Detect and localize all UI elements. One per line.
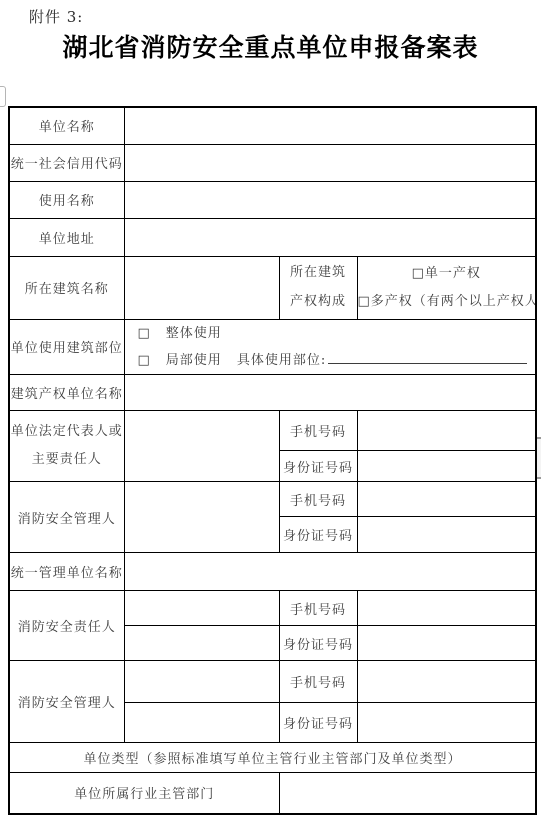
ownership-header-line1: 所在建筑 (280, 259, 357, 288)
legal-rep-id-input[interactable] (357, 451, 536, 482)
ownership-option-multi: □多产权（有两个以上产权人） (358, 288, 536, 316)
safety-responsible-phone-label: 手机号码 (279, 591, 357, 626)
row-usage-name: 使用名称 (9, 181, 536, 218)
safety-responsible-label: 消防安全责任人 (9, 591, 124, 661)
building-use-label: 单位使用建筑部位 (9, 319, 124, 375)
document-page: 附件 3: 湖北省消防安全重点单位申报备案表 单位名称 统一社会信用代码 使用名… (0, 0, 541, 818)
legal-rep-label: 单位法定代表人或 主要责任人 (9, 411, 124, 482)
legal-rep-name-input[interactable] (124, 411, 279, 482)
form-table: 单位名称 统一社会信用代码 使用名称 单位地址 所在建筑名称 所在建筑 产权构成… (8, 106, 537, 815)
owner-unit-name-input[interactable] (124, 375, 536, 411)
industry-dept-label: 单位所属行业主管部门 (9, 773, 279, 814)
safety-responsible-name-input[interactable] (124, 591, 279, 626)
safety-responsible-id-label: 身份证号码 (279, 626, 357, 661)
unit-address-input[interactable] (124, 218, 536, 256)
checkbox-multi-ownership-icon[interactable]: □ (358, 294, 371, 309)
ownership-single-label: 单一产权 (425, 266, 481, 281)
legal-rep-label-line1: 单位法定代表人或 (10, 418, 124, 447)
checkbox-partial-use-icon[interactable]: □ (138, 347, 151, 374)
credit-code-input[interactable] (124, 144, 536, 181)
fill-in-line[interactable] (328, 348, 527, 364)
checkbox-whole-use-icon[interactable]: □ (138, 320, 151, 347)
row-building-name: 所在建筑名称 所在建筑 产权构成 □单一产权 □多产权（有两个以上产权人） (9, 256, 536, 319)
legal-rep-label-line2: 主要责任人 (10, 446, 124, 475)
ownership-multi-label: 多产权（有两个以上产权人） (371, 294, 536, 309)
margin-marker (0, 86, 6, 107)
use-whole-label: 整体使用 (166, 320, 222, 347)
unit-type-note: 单位类型（参照标准填写单位主管行业主管部门及单位类型） (9, 743, 536, 773)
safety-responsible-id-input[interactable] (357, 626, 536, 661)
row-safety-manager2-phone: 消防安全管理人 手机号码 (9, 661, 536, 703)
attachment-label: 附件 3: (29, 6, 83, 27)
row-safety-manager-phone: 消防安全管理人 手机号码 (9, 482, 536, 517)
checkbox-single-ownership-icon[interactable]: □ (412, 266, 425, 281)
legal-rep-id-label: 身份证号码 (279, 451, 357, 482)
unit-name-input[interactable] (124, 107, 536, 144)
safety-manager-phone-input[interactable] (357, 482, 536, 517)
safety-manager2-name-input2[interactable] (124, 703, 279, 743)
unit-name-label: 单位名称 (9, 107, 124, 144)
row-safety-responsible-phone: 消防安全责任人 手机号码 (9, 591, 536, 626)
usage-name-input[interactable] (124, 181, 536, 218)
safety-manager2-id-input[interactable] (357, 703, 536, 743)
page-title: 湖北省消防安全重点单位申报备案表 (0, 28, 541, 64)
row-credit-code: 统一社会信用代码 (9, 144, 536, 181)
row-unit-name: 单位名称 (9, 107, 536, 144)
safety-manager2-phone-input[interactable] (357, 661, 536, 703)
unified-mgmt-unit-input[interactable] (124, 553, 536, 591)
row-industry-dept: 单位所属行业主管部门 (9, 773, 536, 814)
ownership-header-line2: 产权构成 (280, 288, 357, 317)
safety-manager2-name-input[interactable] (124, 661, 279, 703)
legal-rep-phone-label: 手机号码 (279, 411, 357, 451)
owner-unit-name-label: 建筑产权单位名称 (9, 375, 124, 411)
use-option-partial: □ 局部使用 具体使用部位: (125, 347, 536, 374)
building-name-label: 所在建筑名称 (9, 256, 124, 319)
ownership-option-single: □单一产权 (358, 260, 536, 288)
ownership-options: □单一产权 □多产权（有两个以上产权人） (357, 256, 536, 319)
row-building-use: 单位使用建筑部位 □ 整体使用 □ 局部使用 具体使用部位: (9, 319, 536, 375)
credit-code-label: 统一社会信用代码 (9, 144, 124, 181)
legal-rep-phone-input[interactable] (357, 411, 536, 451)
safety-responsible-phone-input[interactable] (357, 591, 536, 626)
use-partial-detail-label: 具体使用部位: (237, 347, 326, 374)
building-name-input[interactable] (124, 256, 279, 319)
use-partial-label: 局部使用 (166, 347, 222, 374)
ownership-header: 所在建筑 产权构成 (279, 256, 357, 319)
unit-address-label: 单位地址 (9, 218, 124, 256)
row-owner-unit-name: 建筑产权单位名称 (9, 375, 536, 411)
safety-manager2-phone-label: 手机号码 (279, 661, 357, 703)
row-unified-mgmt-unit: 统一管理单位名称 (9, 553, 536, 591)
safety-manager-name-input[interactable] (124, 482, 279, 553)
usage-name-label: 使用名称 (9, 181, 124, 218)
safety-manager2-id-label: 身份证号码 (279, 703, 357, 743)
safety-manager-id-label: 身份证号码 (279, 517, 357, 553)
row-unit-type: 单位类型（参照标准填写单位主管行业主管部门及单位类型） (9, 743, 536, 773)
unified-mgmt-unit-label: 统一管理单位名称 (9, 553, 124, 591)
row-legal-rep-phone: 单位法定代表人或 主要责任人 手机号码 (9, 411, 536, 451)
use-option-whole: □ 整体使用 (125, 320, 536, 347)
safety-manager-phone-label: 手机号码 (279, 482, 357, 517)
safety-responsible-name-input2[interactable] (124, 626, 279, 661)
building-use-options: □ 整体使用 □ 局部使用 具体使用部位: (124, 319, 536, 375)
row-unit-address: 单位地址 (9, 218, 536, 256)
safety-manager-id-input[interactable] (357, 517, 536, 553)
safety-manager-label: 消防安全管理人 (9, 482, 124, 553)
industry-dept-input[interactable] (279, 773, 536, 814)
safety-manager2-label: 消防安全管理人 (9, 661, 124, 743)
